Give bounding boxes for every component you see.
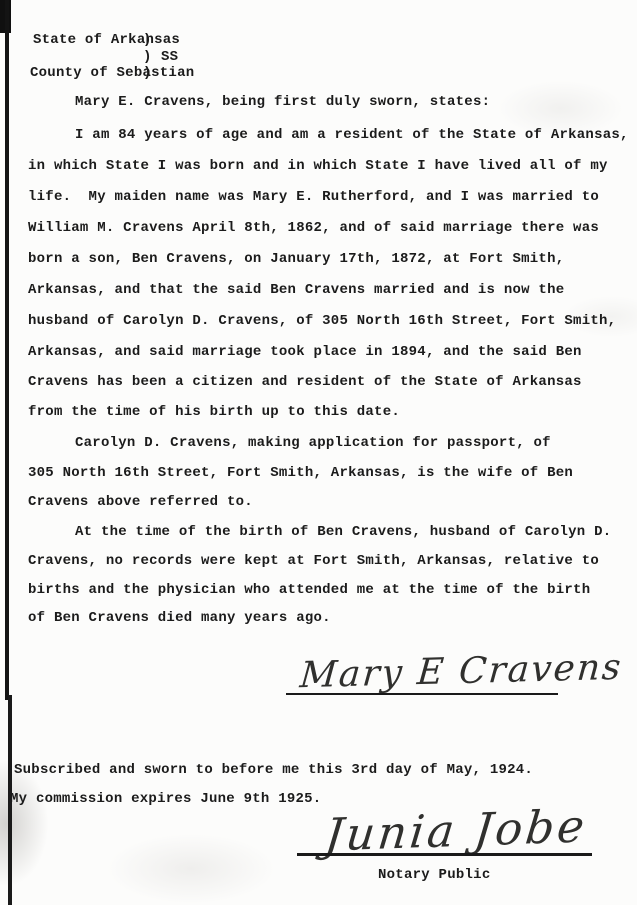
venue-county-line: County of Sebastian [30, 64, 194, 82]
para3-line-2: Cravens, no records were kept at Fort Sm… [28, 552, 599, 570]
venue-state-line: State of Arkansas [33, 31, 180, 49]
para2-line-1: Carolyn D. Cravens, making application f… [75, 434, 551, 452]
para2-line-2: 305 North 16th Street, Fort Smith, Arkan… [28, 464, 573, 482]
affiant-signature-line [286, 693, 558, 695]
para1-line-7: husband of Carolyn D. Cravens, of 305 No… [28, 312, 616, 330]
para2-line-3: Cravens above referred to. [28, 493, 253, 511]
para3-line-1: At the time of the birth of Ben Cravens,… [75, 523, 611, 541]
jurat-sworn-line: Subscribed and sworn to before me this 3… [14, 761, 533, 779]
para1-line-8: Arkansas, and said marriage took place i… [28, 343, 582, 361]
para1-line-9: Cravens has been a citizen and resident … [28, 373, 582, 391]
para3-line-3: births and the physician who attended me… [28, 581, 590, 599]
notary-signature-line [297, 853, 592, 856]
affidavit-intro-line: Mary E. Cravens, being first duly sworn,… [75, 93, 490, 111]
para1-line-10: from the time of his birth up to this da… [28, 403, 400, 421]
para1-line-5: born a son, Ben Cravens, on January 17th… [28, 250, 564, 268]
jurat-commission-line: My commission expires June 9th 1925. [10, 790, 321, 808]
para1-line-4: William M. Cravens April 8th, 1862, and … [28, 219, 599, 237]
scan-edge-line-upper [5, 0, 9, 700]
affidavit-document-page: State of Arkansas ) ) SS County of Sebas… [0, 0, 637, 905]
para1-line-3: life. My maiden name was Mary E. Rutherf… [28, 188, 599, 206]
para3-line-4: of Ben Cravens died many years ago. [28, 609, 331, 627]
bracket-bottom: ) [143, 64, 152, 82]
para1-line-6: Arkansas, and that the said Ben Cravens … [28, 281, 564, 299]
affiant-signature: Mary E Cravens [298, 647, 624, 697]
para1-line-2: in which State I was born and in which S… [28, 157, 608, 175]
bracket-top: ) [143, 31, 152, 49]
notary-title: Notary Public [378, 866, 490, 884]
para1-line-1: I am 84 years of age and am a resident o… [75, 126, 629, 144]
